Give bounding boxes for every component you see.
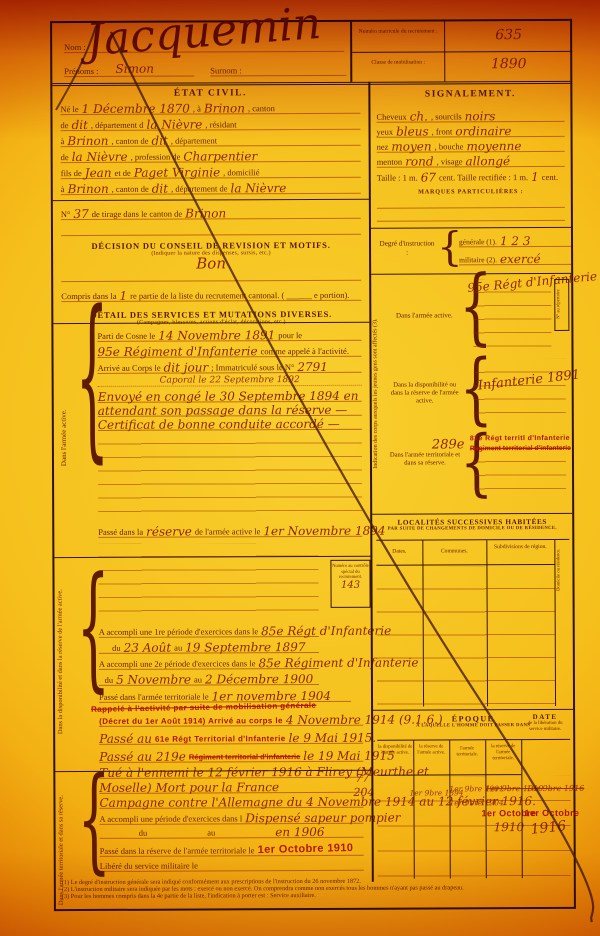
passe-reserve-line: Passé dans la réserve de l'armée active … bbox=[98, 518, 362, 538]
corps-g3-stamp1: 81e Régt territl d'Infanterie bbox=[470, 435, 570, 442]
classe-label: Classe de mobilisation : bbox=[352, 51, 445, 81]
periode2b-line: du 5 Novembre au 2 Décembre 1900 bbox=[99, 669, 319, 686]
octobre-1910-stamp: 1er Octobre 1910 bbox=[257, 842, 353, 856]
blank-ruled-area bbox=[98, 430, 362, 519]
localites-table: LOCALITÉS SUCCESSIVES HABITÉES PAR SUITE… bbox=[372, 513, 573, 710]
libere-label: Libéré du service militaire le bbox=[100, 861, 198, 871]
epoque-date-sub: de la libération du service militaire. bbox=[521, 721, 569, 733]
signalement-line: menton rond, visage allongé bbox=[377, 152, 565, 168]
epoque-v3b: 1er 9bre 1904 bbox=[449, 798, 503, 807]
libere-line: Libéré du service militaire le bbox=[100, 856, 364, 872]
epoque-col2: la réserve de l'armée active. bbox=[413, 744, 449, 756]
taille-line: Taille : 1 m. 67 cent. Taille rectifiée … bbox=[377, 167, 565, 183]
corps-g1-side-box: N° au répertoire bbox=[554, 279, 569, 331]
etat-civil-line: de la Nièvre, profession de Charpentier bbox=[61, 146, 361, 163]
decret-line: (Décret du 1er Août 1914) Arrivé au corp… bbox=[99, 711, 363, 727]
surnom-label: Surnom : bbox=[210, 65, 241, 75]
etat-civil-line: Né le 1 Décembre 1870, à Brinon, canton bbox=[60, 98, 360, 115]
localites-sub: PAR SUITE DE CHANGEMENTS DE DOMICILE OU … bbox=[372, 526, 572, 532]
prenoms-label: Prénoms : bbox=[64, 66, 98, 76]
blank-rule bbox=[377, 195, 565, 209]
campagne-line: Campagne contre l'Allemagne du 4 Novembr… bbox=[99, 793, 363, 809]
surnom-field: Surnom : bbox=[210, 60, 346, 77]
blank-ruled-area bbox=[98, 543, 318, 622]
localites-grid: Dates. Communes. Subdivisions de région. bbox=[376, 539, 555, 707]
blank-rule bbox=[61, 219, 361, 236]
periode1-line: A accompli une 1re période d'exercices d… bbox=[99, 621, 319, 638]
services-line: attendant son passage dans la réserve — bbox=[98, 402, 362, 417]
corps-vertical-caption: Indication des corps auxquels les jeunes… bbox=[372, 278, 384, 510]
passe-61-line: Passé au 61e Régt Territorial d'Infanter… bbox=[99, 726, 363, 745]
localites-side-label: Domicile ou résidence. bbox=[555, 540, 567, 600]
blank-rule bbox=[377, 208, 565, 222]
decision-value: Bon bbox=[53, 254, 369, 273]
degre-generale-label: générale (1). bbox=[459, 237, 497, 246]
etat-civil-line: fils de Jean et de Paget Virginie, domic… bbox=[61, 162, 361, 179]
prenoms-value: Simon bbox=[115, 62, 153, 76]
epoque-table: ÉPOQUE À LAQUELLE L'HOMME DOIT PASSER DA… bbox=[373, 709, 574, 882]
degre-militaire-value: exercé bbox=[500, 254, 541, 264]
epoque-date-col: 1er 9bre 1916 1er Octobre 1916 bbox=[521, 739, 571, 878]
footnotes: (1) Le degré d'instruction générale sera… bbox=[62, 877, 568, 900]
services-line: Arrivé au Corps le dit jour ; Immatricul… bbox=[98, 357, 362, 374]
brace-disponibilite: { bbox=[76, 561, 110, 696]
classe-value: 1890 bbox=[445, 51, 572, 82]
header-right-boxes: Numéro matricule du recrutement : 635 Cl… bbox=[350, 21, 572, 82]
epoque-date-struck: 1er 9bre 1916 bbox=[526, 784, 584, 793]
localites-col-communes: Communes. bbox=[422, 548, 486, 555]
divider bbox=[53, 199, 369, 201]
tue-line2: Moselle) Mort pour la France bbox=[99, 778, 363, 794]
matricule-value: 635 bbox=[445, 21, 572, 52]
brace-territoriale: { bbox=[77, 764, 111, 879]
localites-side-col: Domicile ou résidence. bbox=[554, 539, 570, 706]
corps-g3-stamp2: Régiment territorial d'infanterie bbox=[470, 445, 571, 452]
margin-label-territoriale: Dans l'armée territoriale et dans sa rés… bbox=[57, 775, 72, 925]
passe-219-line: Passé au 219e Régiment territorial d'inf… bbox=[99, 744, 363, 763]
services-line: Caporal le 22 Septembre 1892 bbox=[98, 373, 362, 387]
signalement-title: SIGNALEMENT. bbox=[370, 89, 570, 100]
periode-dispense-line: A accompli une période d'exercices dans … bbox=[99, 808, 363, 825]
signalement-line: yeux bleus, front ordinaire bbox=[377, 122, 565, 138]
localites-rows bbox=[376, 566, 555, 707]
degre-generale-value: 1 2 3 bbox=[500, 236, 531, 246]
localites-col-dates: Dates. bbox=[376, 549, 422, 556]
footnote-3: (3) Pour les hommes compris dans la 4e p… bbox=[62, 891, 568, 900]
margin-label-armee-active: Dans l'armée active. bbox=[59, 333, 68, 543]
left-column: ÉTAT CIVIL. Né le 1 Décembre 1870, à Bri… bbox=[52, 82, 371, 883]
localites-col-subdiv: Subdivisions de région. bbox=[486, 544, 554, 551]
corps-g3-label: Dans l'armée territoriale et dans sa rés… bbox=[388, 451, 462, 468]
controle-special-label: Numéro au contrôle spécial du recrutemen… bbox=[331, 561, 369, 580]
etat-civil-line: à Brinon, canton de dit, département bbox=[61, 130, 361, 147]
epoque-col4: la réserve de l'armée territoriale. bbox=[485, 744, 521, 762]
controle-special-value: 143 bbox=[332, 580, 370, 591]
du-au-line: du au en 1906 bbox=[100, 824, 364, 839]
nom-label: Nom : bbox=[64, 42, 86, 52]
passe-reserve-territoriale-line: Passé dans la réserve de l'armée territo… bbox=[100, 838, 364, 857]
signalement-line: nez moyen, bouche moyenne bbox=[377, 137, 565, 153]
periode1b-line: du 23 Août au 19 Septembre 1897 bbox=[99, 637, 319, 654]
degre-label: Degré d'instruction : bbox=[379, 239, 435, 257]
header-band: Jacquemin Nom : Prénoms : Simon Surnom :… bbox=[52, 21, 570, 86]
corps-g1-side-label: N° au répertoire bbox=[555, 280, 566, 328]
epoque-col1: la disponibilité de l'armée active. bbox=[377, 745, 413, 757]
degre-generale-line: générale (1). 1 2 3 bbox=[459, 231, 571, 247]
passe-res-terr-label: Passé dans la réserve de l'armée territo… bbox=[100, 845, 255, 856]
tirage-line: N° 37 de tirage dans le canton de Brinon bbox=[61, 203, 361, 220]
epoque-v4-stamp-year: 1910 bbox=[494, 820, 525, 834]
corps-table: Indication des corps auxquels les jeunes… bbox=[371, 273, 572, 514]
controle-special-box: Numéro au contrôle spécial du recrutemen… bbox=[330, 560, 370, 608]
decision-title: DÉCISION DU CONSEIL DE REVISION ET MOTIF… bbox=[53, 240, 369, 251]
epoque-col3: l'armée territoriale. bbox=[449, 746, 485, 758]
matricule-label: Numéro matricule du recrutement : bbox=[352, 21, 445, 51]
etat-civil-line: de dit, département d la Nièvre, résidan… bbox=[60, 114, 360, 131]
name-signature: Jacquemin bbox=[85, 0, 323, 66]
etat-civil-line: à Brinon, canton de dit, département de … bbox=[61, 178, 361, 195]
margin-label-disponibilite: Dans la disponibilité et dans la réserve… bbox=[56, 567, 71, 757]
right-column: SIGNALEMENT. Cheveux ch., sourcils noirs… bbox=[368, 81, 573, 882]
scanned-register-page: Jacquemin Nom : Prénoms : Simon Surnom :… bbox=[0, 0, 600, 936]
corps-g1-label: Dans l'armée active. bbox=[387, 311, 461, 320]
services-line: Envoyé en congé le 30 Septembre 1894 en bbox=[98, 386, 362, 403]
marge-77: 77 bbox=[355, 772, 369, 785]
services-line: Parti de Cosne le 14 Novembre 1891 pour … bbox=[97, 325, 361, 342]
epoque-date-title: DATE bbox=[521, 713, 569, 721]
epoque-date-stamp: 1er Octobre bbox=[524, 808, 579, 818]
periode2-line: A accompli une 2e période d'exercices da… bbox=[99, 653, 319, 670]
corps-g2-label: Dans la disponibilité ou dans la réserve… bbox=[388, 381, 462, 406]
epoque-grid: la disponibilité de l'armée active. la r… bbox=[377, 739, 522, 879]
brace-armee-active: { bbox=[75, 290, 109, 467]
services-line: Certificat de bonne conduite accordé — bbox=[98, 416, 362, 431]
services-line: 95e Régiment d'Infanterie comme appelé à… bbox=[97, 341, 361, 358]
signalement-line: Cheveux ch., sourcils noirs bbox=[376, 107, 564, 123]
form-frame: Jacquemin Nom : Prénoms : Simon Surnom :… bbox=[50, 19, 576, 911]
epoque-date-header: DATE de la libération du service militai… bbox=[521, 713, 569, 733]
